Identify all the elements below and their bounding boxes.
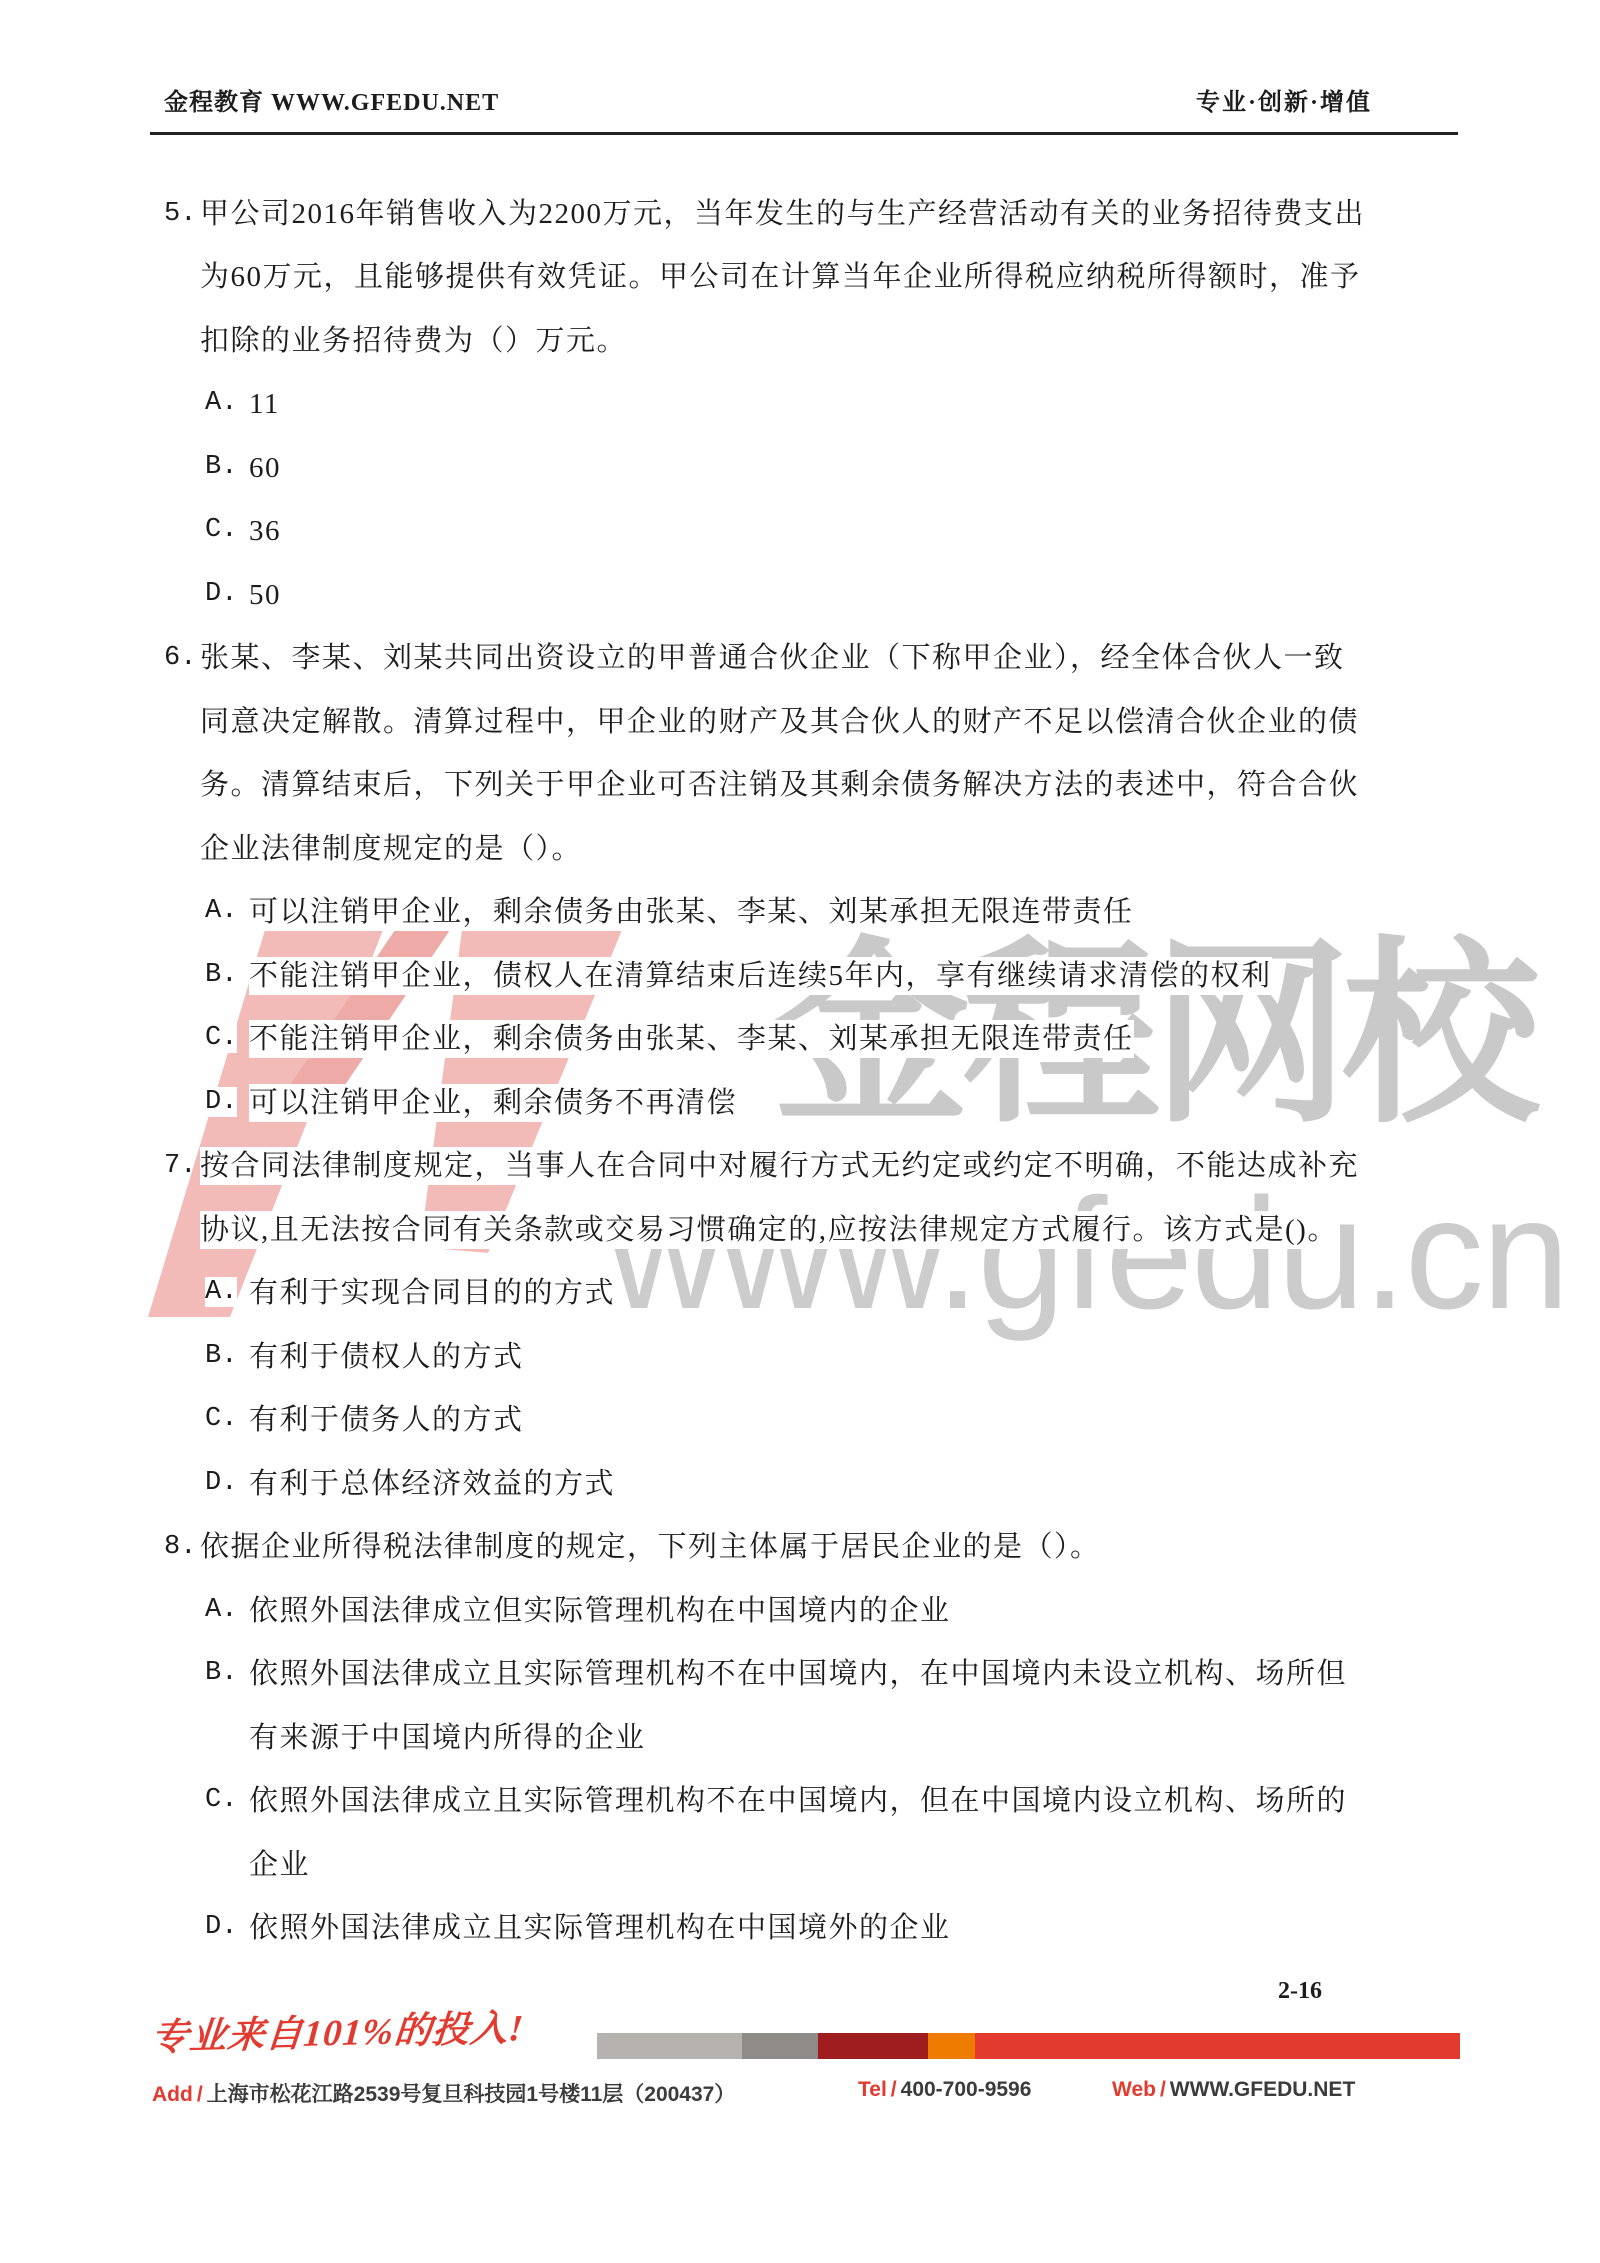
option-text: 36 bbox=[249, 512, 281, 550]
question-5-stem-line: 扣除的业务招待费为（）万元。 bbox=[150, 309, 1462, 373]
question-number: 7. bbox=[150, 1151, 200, 1181]
footer-address-separator: / bbox=[193, 2083, 207, 2106]
option-row: C.有利于债务人的方式 bbox=[150, 1389, 1462, 1453]
option-label-text: D. bbox=[205, 1087, 237, 1117]
footer-slogan: 专业来自101%的投入! bbox=[149, 1997, 526, 2061]
stem-text: 按合同法律制度规定，当事人在合同中对履行方式无约定或约定不明确，不能达成补充 bbox=[200, 1147, 1359, 1185]
question-number: 5. bbox=[150, 199, 200, 229]
option-label-text: C. bbox=[205, 1785, 237, 1815]
header-brand: 金程教育 WWW.GFEDU.NET bbox=[164, 82, 499, 117]
option-row: D.有利于总体经济效益的方式 bbox=[150, 1452, 1462, 1516]
option-label-text: D. bbox=[205, 579, 237, 609]
option-label-text: B. bbox=[205, 960, 237, 990]
option-text: 不能注销甲企业，债权人在清算结束后连续5年内，享有继续请求清偿的权利 bbox=[249, 957, 1272, 995]
footer-color-bar bbox=[597, 2033, 1460, 2059]
stem-text: 务。清算结束后，下列关于甲企业可否注销及其剩余债务解决方法的表述中，符合合伙 bbox=[200, 766, 1359, 804]
footer-address-text: 上海市松花江路2539号复旦科技园1号楼11层（200437） bbox=[207, 2083, 736, 2106]
stem-text: 协议,且无法按合同有关条款或交易习惯确定的,应按法律规定方式履行。该方式是()。 bbox=[200, 1211, 1338, 1249]
stem-text: 依据企业所得税法律制度的规定，下列主体属于居民企业的是（）。 bbox=[200, 1528, 1101, 1566]
option-row: D.50 bbox=[150, 563, 1462, 627]
option-row: B.60 bbox=[150, 436, 1462, 500]
option-row: A.可以注销甲企业，剩余债务由张某、李某、刘某承担无限连带责任 bbox=[150, 881, 1462, 945]
question-6-stem-line: 6.张某、李某、刘某共同出资设立的甲普通合伙企业（下称甲企业），经全体合伙人一致 bbox=[150, 627, 1462, 691]
question-8-stem-line: 8.依据企业所得税法律制度的规定，下列主体属于居民企业的是（）。 bbox=[150, 1516, 1462, 1580]
option-text: 有利于债权人的方式 bbox=[249, 1338, 524, 1376]
question-number: 6. bbox=[150, 643, 200, 673]
option-row: A.依照外国法律成立但实际管理机构在中国境内的企业 bbox=[150, 1579, 1462, 1643]
option-row: B.不能注销甲企业，债权人在清算结束后连续5年内，享有继续请求清偿的权利 bbox=[150, 944, 1462, 1008]
option-text: 11 bbox=[249, 385, 280, 423]
option-label: C. bbox=[205, 513, 249, 549]
option-row: A.11 bbox=[150, 373, 1462, 437]
option-row: A.有利于实现合同目的的方式 bbox=[150, 1262, 1462, 1326]
question-number: 8. bbox=[150, 1532, 200, 1562]
stem-text: 同意决定解散。清算过程中，甲企业的财产及其合伙人的财产不足以偿清合伙企业的债 bbox=[200, 703, 1359, 741]
option-label: B. bbox=[205, 1339, 249, 1375]
option-row: B.有利于债权人的方式 bbox=[150, 1325, 1462, 1389]
option-label: B. bbox=[205, 450, 249, 486]
option-row: C.36 bbox=[150, 500, 1462, 564]
footer-bar-segment bbox=[597, 2033, 742, 2059]
footer-website: Web/WWW.GFEDU.NET bbox=[1112, 2078, 1355, 2102]
stem-text: 企业法律制度规定的是（）。 bbox=[200, 830, 582, 868]
option-label: D. bbox=[205, 1910, 249, 1946]
option-label-text: A. bbox=[205, 896, 237, 926]
option-text: 有利于实现合同目的的方式 bbox=[249, 1274, 615, 1312]
option-text: 有利于债务人的方式 bbox=[249, 1401, 524, 1439]
option-label-text: C. bbox=[205, 1404, 237, 1434]
footer-bar-segment bbox=[928, 2033, 975, 2059]
footer-info: Add/上海市松花江路2539号复旦科技园1号楼11层（200437） Tel/… bbox=[0, 2074, 1600, 2108]
option-label-text: D. bbox=[205, 1912, 237, 1942]
footer-website-separator: / bbox=[1156, 2078, 1170, 2101]
footer-telephone-label: Tel bbox=[858, 2078, 887, 2101]
option-text: 50 bbox=[249, 576, 281, 614]
option-text: 有利于总体经济效益的方式 bbox=[249, 1465, 615, 1503]
option-label: A. bbox=[205, 1275, 249, 1311]
footer-bar-segment bbox=[818, 2033, 928, 2059]
option-label-text: B. bbox=[205, 452, 237, 482]
option-text: 有来源于中国境内所得的企业 bbox=[249, 1719, 646, 1757]
option-label-text: B. bbox=[205, 1658, 237, 1688]
option-text: 可以注销甲企业，剩余债务由张某、李某、刘某承担无限连带责任 bbox=[249, 893, 1134, 931]
option-label: D. bbox=[205, 1085, 249, 1121]
option-text: 不能注销甲企业，剩余债务由张某、李某、刘某承担无限连带责任 bbox=[249, 1020, 1134, 1058]
question-6-stem-line: 企业法律制度规定的是（）。 bbox=[150, 817, 1462, 881]
option-label: A. bbox=[205, 894, 249, 930]
footer-bar-segment bbox=[742, 2033, 818, 2059]
option-label: D. bbox=[205, 577, 249, 613]
footer-website-label: Web bbox=[1112, 2078, 1156, 2101]
option-text: 60 bbox=[249, 449, 281, 487]
question-5-stem-line: 5.甲公司2016年销售收入为2200万元，当年发生的与生产经营活动有关的业务招… bbox=[150, 182, 1462, 246]
option-label-text: C. bbox=[205, 515, 237, 545]
header-tagline: 专业·创新·增值 bbox=[1196, 82, 1372, 117]
option-label: C. bbox=[205, 1402, 249, 1438]
footer-bar-segment bbox=[975, 2033, 1460, 2059]
option-row: D.可以注销甲企业，剩余债务不再清偿 bbox=[150, 1071, 1462, 1135]
option-row: 有来源于中国境内所得的企业 bbox=[150, 1706, 1462, 1770]
stem-text: 扣除的业务招待费为（）万元。 bbox=[200, 322, 627, 360]
footer-telephone-text: 400-700-9596 bbox=[901, 2078, 1032, 2101]
option-row: D.依照外国法律成立且实际管理机构在中国境外的企业 bbox=[150, 1897, 1462, 1961]
option-label: A. bbox=[205, 1593, 249, 1629]
option-label-text: B. bbox=[205, 1341, 237, 1371]
footer-telephone-separator: / bbox=[887, 2078, 901, 2101]
question-5-stem-line: 为60万元，且能够提供有效凭证。甲公司在计算当年企业所得税应纳税所得额时，准予 bbox=[150, 246, 1462, 310]
option-text: 依照外国法律成立且实际管理机构不在中国境内，在中国境内未设立机构、场所但 bbox=[249, 1655, 1347, 1693]
option-label: C. bbox=[205, 1021, 249, 1057]
option-label-text: D. bbox=[205, 1468, 237, 1498]
footer-website-text: WWW.GFEDU.NET bbox=[1170, 2078, 1355, 2101]
option-label: B. bbox=[205, 1656, 249, 1692]
option-label: A. bbox=[205, 386, 249, 422]
option-label: D. bbox=[205, 1466, 249, 1502]
option-text: 企业 bbox=[249, 1846, 310, 1884]
question-6-stem-line: 务。清算结束后，下列关于甲企业可否注销及其剩余债务解决方法的表述中，符合合伙 bbox=[150, 754, 1462, 818]
stem-text: 张某、李某、刘某共同出资设立的甲普通合伙企业（下称甲企业），经全体合伙人一致 bbox=[200, 639, 1345, 677]
option-label: B. bbox=[205, 958, 249, 994]
option-label: C. bbox=[205, 1783, 249, 1819]
exam-page: 金程教育 WWW.GFEDU.NET 专业·创新·增值 金程网校 www.gfe… bbox=[0, 0, 1600, 2263]
footer-address-label: Add bbox=[152, 2083, 193, 2106]
footer-address: Add/上海市松花江路2539号复旦科技园1号楼11层（200437） bbox=[152, 2078, 735, 2108]
option-text: 依照外国法律成立但实际管理机构在中国境内的企业 bbox=[249, 1592, 951, 1630]
option-row: C.依照外国法律成立且实际管理机构不在中国境内，但在中国境内设立机构、场所的 bbox=[150, 1770, 1462, 1834]
option-text: 依照外国法律成立且实际管理机构不在中国境内，但在中国境内设立机构、场所的 bbox=[249, 1782, 1347, 1820]
page-number: 2-16 bbox=[1278, 1978, 1322, 2005]
question-7-stem-line: 7.按合同法律制度规定，当事人在合同中对履行方式无约定或约定不明确，不能达成补充 bbox=[150, 1135, 1462, 1199]
option-text: 依照外国法律成立且实际管理机构在中国境外的企业 bbox=[249, 1909, 951, 1947]
stem-text: 甲公司2016年销售收入为2200万元，当年发生的与生产经营活动有关的业务招待费… bbox=[200, 195, 1365, 233]
option-text: 可以注销甲企业，剩余债务不再清偿 bbox=[249, 1084, 737, 1122]
option-label-text: A. bbox=[205, 1277, 237, 1307]
header-rule bbox=[150, 132, 1458, 135]
option-row: B.依照外国法律成立且实际管理机构不在中国境内，在中国境内未设立机构、场所但 bbox=[150, 1643, 1462, 1707]
footer-telephone: Tel/400-700-9596 bbox=[858, 2078, 1031, 2102]
questions: 5.甲公司2016年销售收入为2200万元，当年发生的与生产经营活动有关的业务招… bbox=[150, 182, 1462, 1960]
option-label-text: A. bbox=[205, 388, 237, 418]
option-label-text: A. bbox=[205, 1595, 237, 1625]
question-7-stem-line: 协议,且无法按合同有关条款或交易习惯确定的,应按法律规定方式履行。该方式是()。 bbox=[150, 1198, 1462, 1262]
option-row: C.不能注销甲企业，剩余债务由张某、李某、刘某承担无限连带责任 bbox=[150, 1008, 1462, 1072]
question-6-stem-line: 同意决定解散。清算过程中，甲企业的财产及其合伙人的财产不足以偿清合伙企业的债 bbox=[150, 690, 1462, 754]
option-row: 企业 bbox=[150, 1833, 1462, 1897]
stem-text: 为60万元，且能够提供有效凭证。甲公司在计算当年企业所得税应纳税所得额时，准予 bbox=[200, 258, 1361, 296]
option-label-text: C. bbox=[205, 1023, 237, 1053]
